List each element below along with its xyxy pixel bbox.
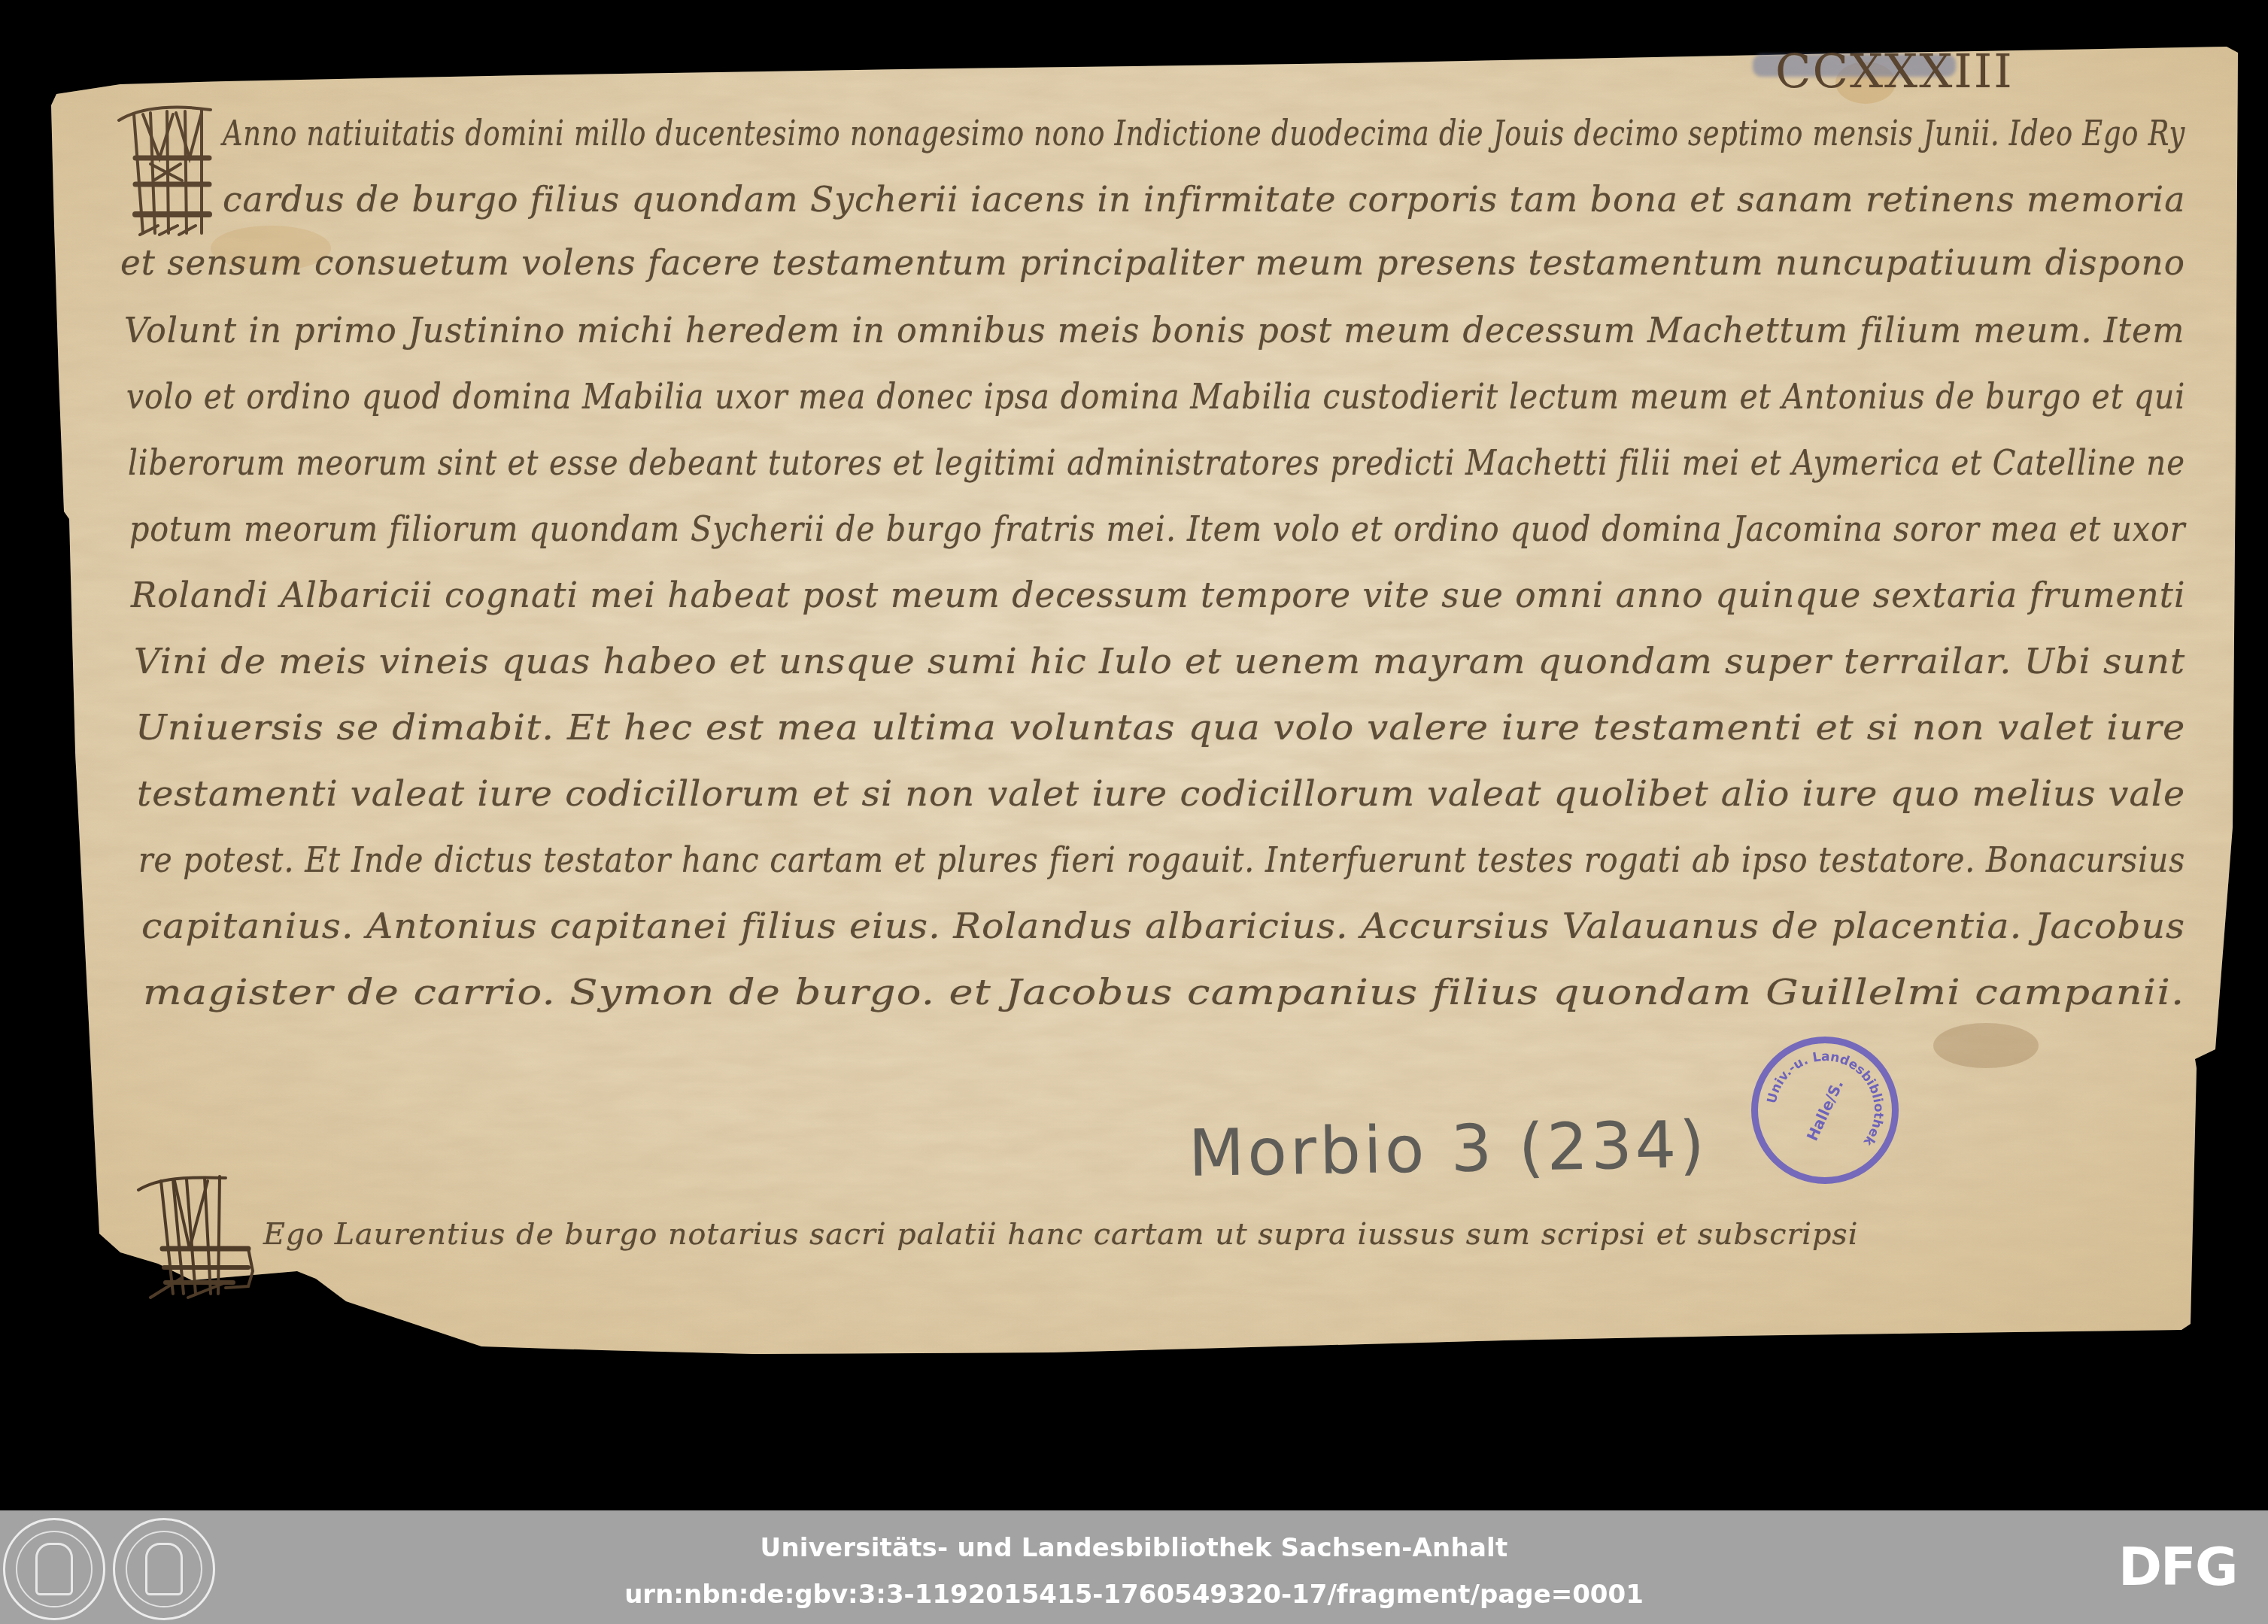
text-line-12: re potest. Et Inde dictus testator hanc … bbox=[138, 839, 2185, 880]
text-line-2: cardus de burgo filius quondam Sycherii … bbox=[223, 179, 2185, 220]
manuscript-text: Anno natiuitatis domini millo ducentesim… bbox=[0, 0, 2268, 1510]
pencil-shelfmark: Morbio 3 (234) bbox=[1188, 1107, 1708, 1191]
text-line-9: Vini de meis vineis quas habeo et unsque… bbox=[134, 641, 2185, 681]
text-line-1: Anno natiuitatis domini millo ducentesim… bbox=[223, 113, 1796, 153]
text-line-14: magister de carrio. Symon de burgo. et J… bbox=[143, 972, 2185, 1012]
text-line-8: Rolandi Albaricii cognati mei habeat pos… bbox=[131, 575, 2185, 615]
text-line-3: et sensum consuetum volens facere testam… bbox=[120, 242, 2185, 283]
text-line-6: liberorum meorum sint et esse debeant tu… bbox=[128, 442, 2185, 483]
text-line-7: potum meorum filiorum quondam Sycherii d… bbox=[129, 508, 2185, 549]
text-line-13: capitanius. Antonius capitanei filius ei… bbox=[141, 906, 2185, 946]
dfg-logo-icon: DFG bbox=[2118, 1541, 2236, 1593]
document-image-viewer: Anno natiuitatis domini millo ducentesim… bbox=[0, 0, 2268, 1510]
urn-identifier[interactable]: urn:nbn:de:gbv:3:3-1192015415-1760549320… bbox=[0, 1580, 2268, 1610]
notarial-sign-icon bbox=[135, 1173, 271, 1301]
notary-subscription: Ego Laurentius de burgo notarius sacri p… bbox=[263, 1217, 1858, 1252]
institution-name: Universitäts- und Landesbibliothek Sachs… bbox=[0, 1533, 2268, 1563]
text-line-10: Uniuersis se dimabit. Et hec est mea ult… bbox=[135, 707, 2185, 748]
notarial-sign-icon bbox=[113, 105, 218, 241]
library-stamp: Univ.-u. Landesbibliothek Halle/S. bbox=[1751, 1037, 1899, 1184]
old-folio-number: CCXXXIII bbox=[1775, 44, 2014, 99]
footer-bar: Universitäts- und Landesbibliothek Sachs… bbox=[0, 1510, 2268, 1624]
text-line-4: Volunt in primo Justinino michi heredem … bbox=[124, 310, 2185, 351]
text-line-5: volo et ordino quod domina Mabilia uxor … bbox=[126, 376, 2185, 417]
text-line-11: testamenti valeat iure codicillorum et s… bbox=[137, 773, 2185, 814]
